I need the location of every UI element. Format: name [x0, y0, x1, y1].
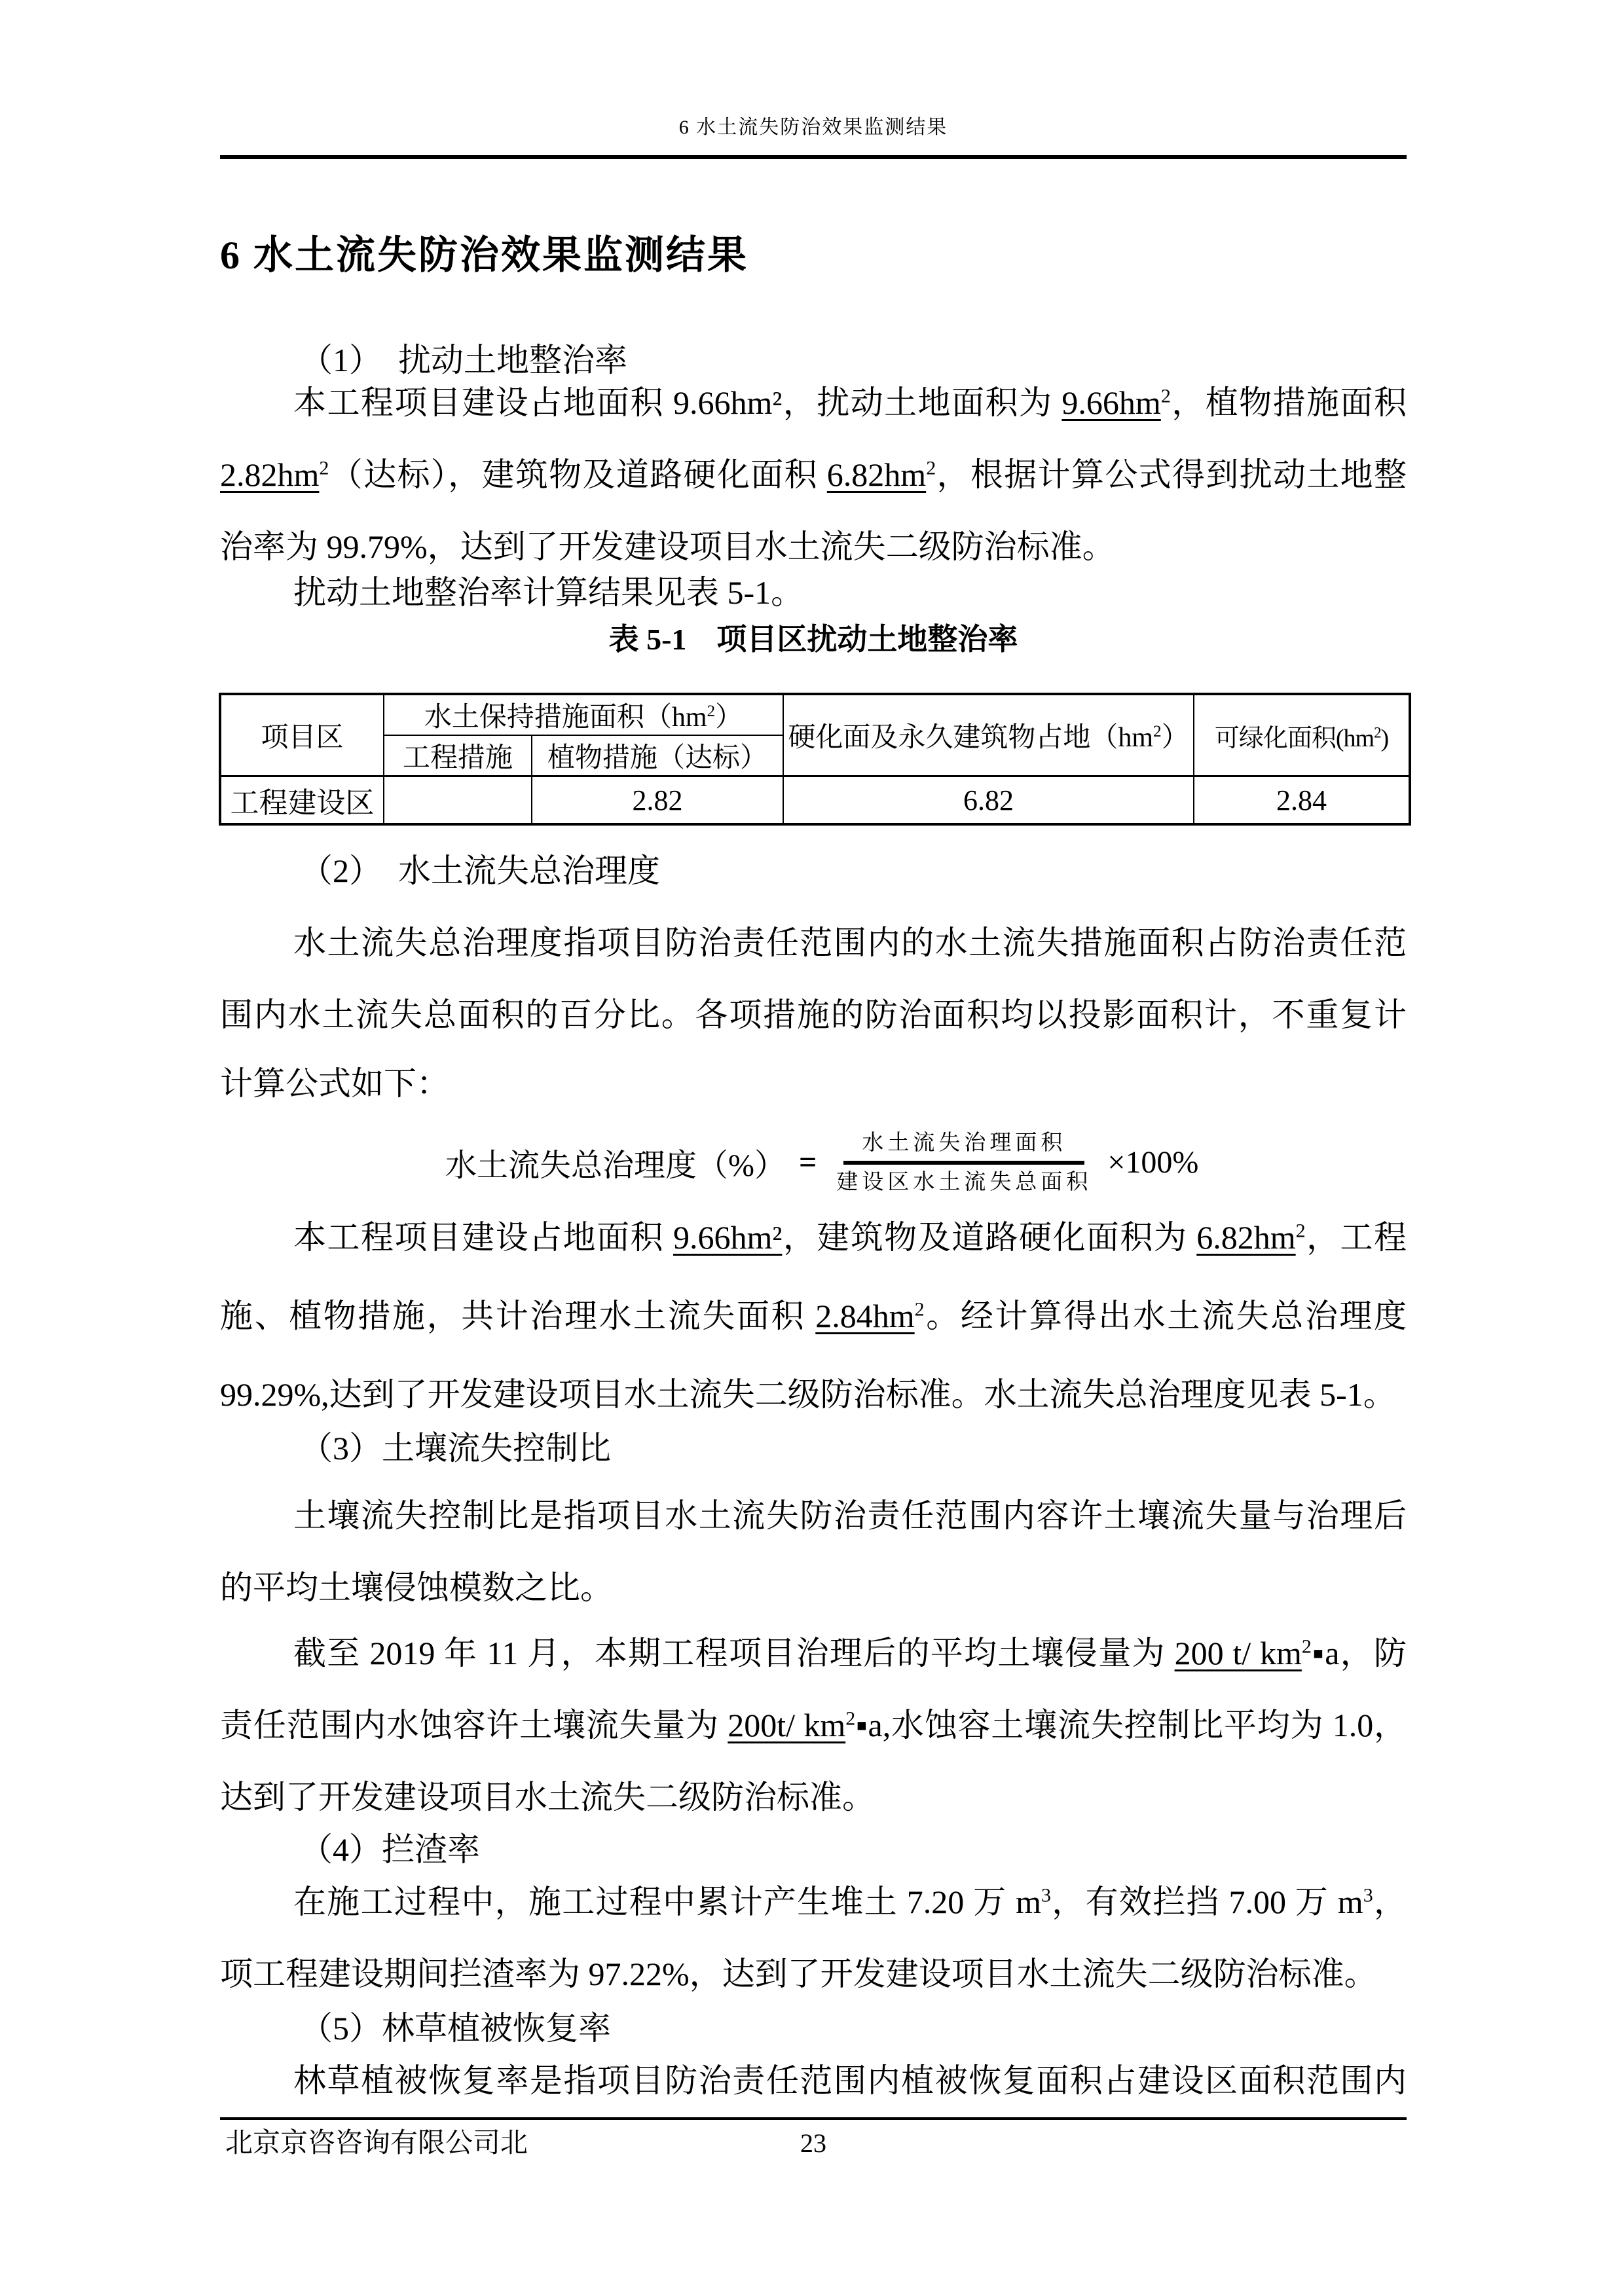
text-line: 本工程项目建设占地面积 9.66hm²，扰动土地面积为 9.66hm2，植物措施… — [220, 367, 1407, 439]
formula-lhs: 水土流失总治理度（%） — [445, 1140, 786, 1185]
formula-fraction: 水土流失治理面积 建设区水土流失总面积 — [836, 1129, 1092, 1197]
page-number: 23 — [220, 2123, 1407, 2164]
th-greenable-area: 可绿化面积(hm2) — [1194, 694, 1410, 776]
text-line: 2.82hm2（达标），建筑物及道路硬化面积 6.82hm2，根据计算公式得到扰… — [220, 439, 1407, 511]
text-line: 在施工过程中，施工过程中累计产生堆土 7.20 万 m3，有效拦挡 7.00 万… — [220, 1866, 1407, 1938]
th-measures-group: 水土保持措施面积（hm2） — [384, 694, 783, 735]
section-heading: （3）土壤流失控制比 — [220, 1412, 1407, 1484]
document-page: 6 水土流失防治效果监测结果 6 水土流失防治效果监测结果 （1） 扰动土地整治… — [0, 0, 1624, 2296]
text-line: 林草植被恢复率是指项目防治责任范围内植被恢复面积占建设区面积范围内 — [220, 2045, 1407, 2117]
formula: 水土流失总治理度（%） = 水土流失治理面积 建设区水土流失总面积 ×100% — [220, 1115, 1407, 1210]
cell-plant: 2.82 — [532, 776, 783, 825]
fraction-denominator: 建设区水土流失总面积 — [836, 1168, 1092, 1197]
footer-rule — [220, 2117, 1407, 2120]
text-line: 计算公式如下： — [220, 1048, 1407, 1120]
th-project-area: 项目区 — [220, 694, 384, 776]
text-line: 责任范围内水蚀容许土壤流失量为 200t/ km2▪a,水蚀容土壤流失控制比平均… — [220, 1689, 1407, 1761]
equals-sign: = — [799, 1144, 817, 1180]
th-hardened-area: 硬化面及永久建筑物占地（hm2） — [783, 694, 1194, 776]
th-plant-measures: 植物措施（达标） — [532, 735, 783, 776]
cell-engineering — [384, 776, 532, 825]
text-line: 围内水土流失总面积的百分比。各项措施的防治面积均以投影面积计，不重复计算。 — [220, 979, 1407, 1051]
table-5-1: 项目区 水土保持措施面积（hm2） 硬化面及永久建筑物占地（hm2） 可绿化面积… — [219, 693, 1411, 826]
cell-green: 2.84 — [1194, 776, 1410, 825]
table-caption: 表 5-1 项目区扰动土地整治率 — [220, 604, 1407, 676]
table-row: 工程建设区 2.82 6.82 2.84 — [220, 776, 1410, 825]
th-engineering-measures: 工程措施 — [384, 735, 532, 776]
text-line: 截至 2019 年 11 月，本期工程项目治理后的平均土壤侵量为 200 t/ … — [220, 1617, 1407, 1689]
cell-area: 工程建设区 — [220, 776, 384, 825]
formula-rhs: ×100% — [1107, 1144, 1198, 1180]
text-line: 本工程项目建设占地面积 9.66hm²，建筑物及道路硬化面积为 6.82hm2，… — [220, 1201, 1407, 1273]
fraction-numerator: 水土流失治理面积 — [862, 1129, 1066, 1157]
text-line: 的平均土壤侵蚀模数之比。 — [220, 1552, 1407, 1624]
fraction-bar — [843, 1161, 1084, 1165]
cell-hardened: 6.82 — [783, 776, 1194, 825]
text-line: 水土流失总治理度指项目防治责任范围内的水土流失措施面积占防治责任范 — [220, 907, 1407, 979]
text-line: 施、植物措施，共计治理水土流失面积 2.84hm2。经计算得出水土流失总治理度 — [220, 1280, 1407, 1352]
text-line: 土壤流失控制比是指项目水土流失防治责任范围内容许土壤流失量与治理后 — [220, 1480, 1407, 1552]
section-heading: （2） 水土流失总治理度 — [220, 835, 1407, 907]
